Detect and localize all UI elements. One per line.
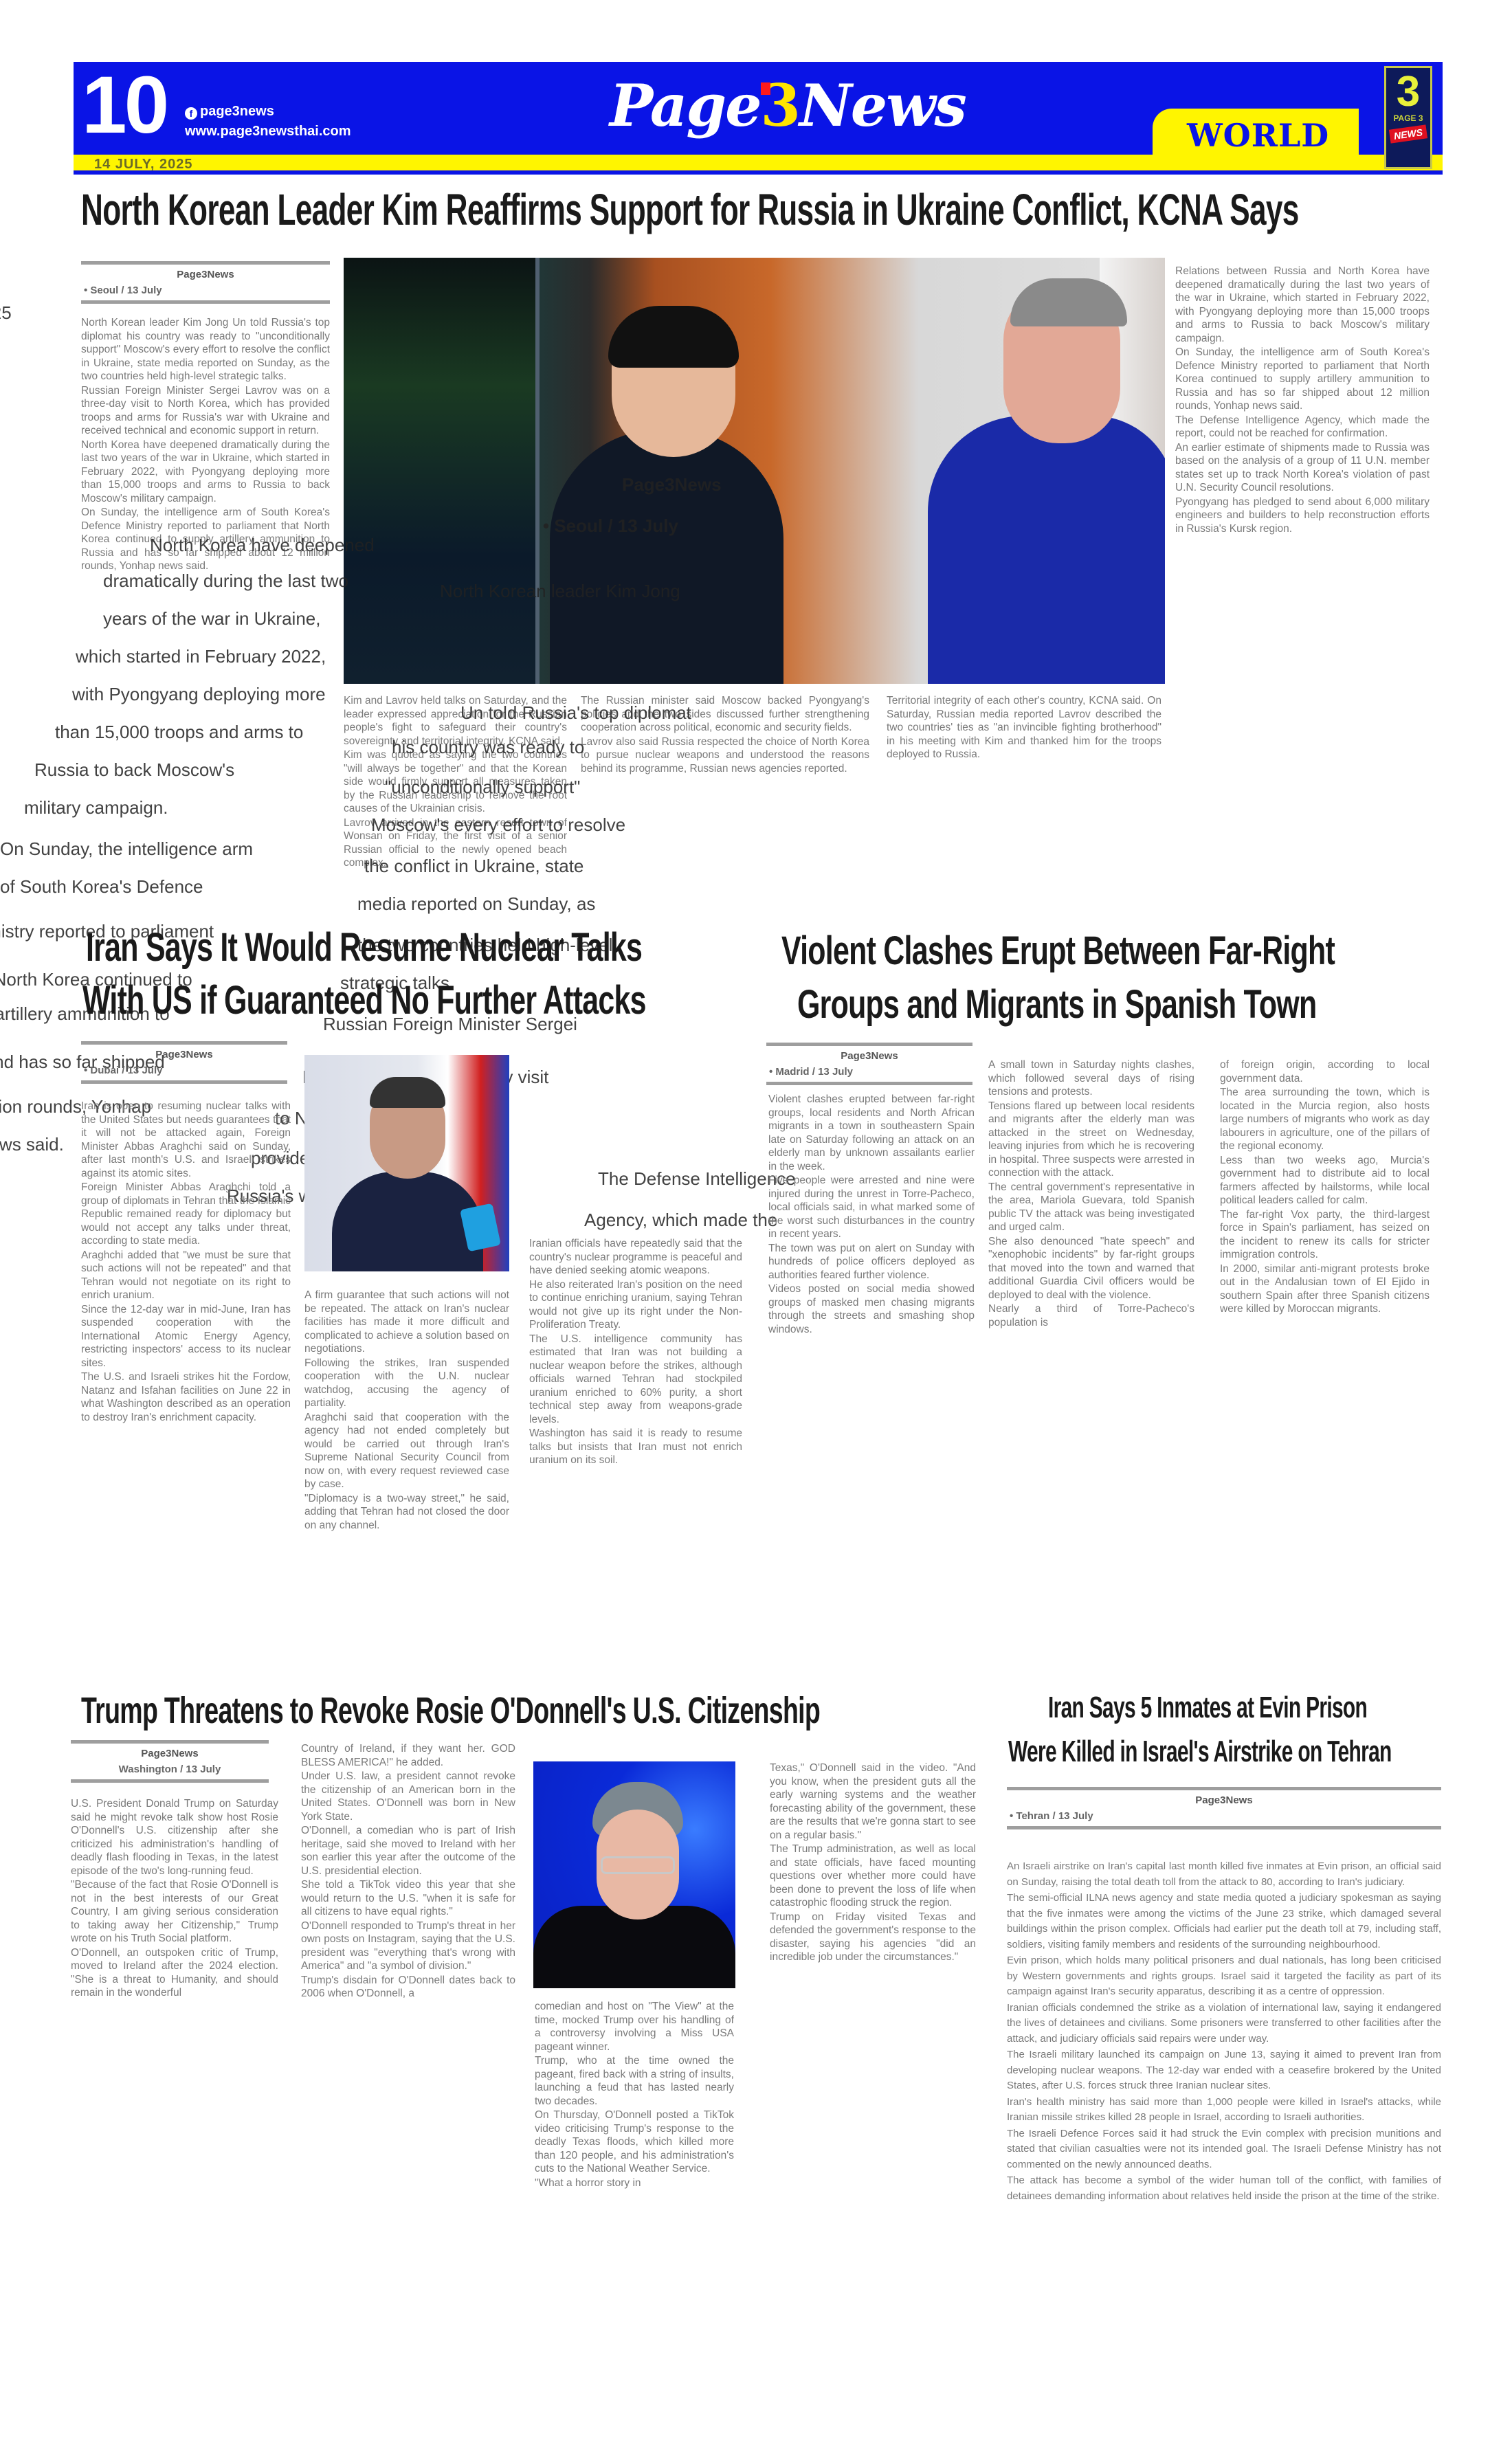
paragraph: Foreign Minister Abbas Araghchi told a g… [81,1181,291,1248]
paragraph: "What a horror story in [535,2177,734,2190]
paragraph: An earlier estimate of shipments made to… [1175,441,1430,495]
rosie-odonnell-photo [533,1761,735,1988]
paragraph: He also reiterated Iran's position on th… [529,1278,742,1332]
spain-headline-line2: Groups and Migrants in Spanish Town [797,981,1316,1027]
photo-figure-kim [550,430,783,684]
photo-figure-lavrov [928,416,1165,684]
paragraph: Evin prison, which holds many political … [1007,1953,1441,2000]
paragraph: In 2000, similar anti-migrant protests b… [1220,1262,1430,1316]
paragraph: Following the strikes, Iran suspended co… [304,1357,509,1410]
byline-source: Page3News [84,1049,285,1060]
facebook-handle: page3news [200,104,274,119]
kim-column-4: Relations between Russia and North Korea… [1175,265,1430,907]
spain-headline-line1: Violent Clashes Erupt Between Far-Right [781,928,1335,974]
paragraph: Violent clashes erupted between far-righ… [768,1093,975,1173]
iran-talks-headline-line1: Iran Says It Would Resume Nuclear Talks [86,924,642,970]
araghchi-photo [304,1055,509,1271]
paragraph: O'Donnell, an outspoken critic of Trump,… [71,1946,278,2000]
paragraph: The Israeli military launched its campai… [1007,2047,1441,2094]
facebook-link[interactable]: fpage3news [185,102,351,122]
trump-headline: Trump Threatens to Revoke Rosie O'Donnel… [81,1689,820,1732]
paragraph: The far-right Vox party, the third-large… [1220,1208,1430,1262]
paragraph: Trump on Friday visited Texas and defend… [770,1911,976,1964]
photo-door [344,258,540,684]
byline-location: • Dubai / 13 July [84,1065,285,1076]
paragraph: The town was put on alert on Sunday with… [768,1242,975,1282]
paragraph: On Sunday, the intelligence arm of South… [1175,346,1430,413]
evin-headline-line1: Iran Says 5 Inmates at Evin Prison [1048,1691,1367,1725]
kim-column-3b: Territorial integrity of each other's co… [887,694,1161,914]
byline-source: Page3News [74,1748,266,1759]
paragraph: The Israeli Defence Forces said it had s… [1007,2126,1441,2173]
paragraph: On Sunday, the intelligence arm of South… [81,506,330,573]
page3-news-badge: 3 PAGE 3 NEWS [1384,66,1432,169]
paragraph: "Diplomacy is a two-way street," he said… [304,1492,509,1533]
paragraph: The U.S. and Israeli strikes hit the For… [81,1370,291,1424]
page-number: 10 [82,65,166,146]
badge-news-label: NEWS [1389,124,1427,143]
paragraph: An Israeli airstrike on Iran's capital l… [1007,1859,1441,1890]
paragraph: She told a TikTok video this year that s… [301,1878,515,1919]
trump-column-4: Texas," O'Donnell said in the video. "An… [770,1761,976,2436]
ghost-overlay-text: 14 JULY, 2025 [0,302,12,324]
logo-number-three: 3 [761,71,799,140]
paragraph: A firm guarantee that such actions will … [304,1289,509,1356]
paragraph: On Thursday, O'Donnell posted a TikTok v… [535,2108,734,2176]
logo-text-news: News [799,71,966,140]
paragraph: Tensions flared up between local residen… [988,1100,1194,1180]
paragraph: Pyongyang has pledged to send about 6,00… [1175,496,1430,536]
paragraph: Territorial integrity of each other's co… [887,694,1161,761]
photo-figure-body [332,1172,483,1271]
ghost-overlay-text: news said. [0,1134,64,1155]
paragraph: The Russian minister said Moscow backed … [581,694,869,735]
badge-page-label: PAGE 3 [1386,113,1430,123]
paragraph: Iranian officials condemned the strike a… [1007,2001,1441,2047]
trump-column-2: Country of Ireland, if they want her. GO… [301,1742,515,2436]
paragraph: O'Donnell responded to Trump's threat in… [301,1920,515,1973]
paragraph: comedian and host on "The View" at the t… [535,2000,734,2054]
paragraph: The attack has become a symbol of the wi… [1007,2173,1441,2204]
paragraph: Videos posted on social media showed gro… [768,1282,975,1336]
byline-source: Page3News [84,269,327,280]
kim-headline: North Korean Leader Kim Reaffirms Suppor… [81,184,1299,235]
paragraph: Texas," O'Donnell said in the video. "An… [770,1761,976,1842]
paragraph: Iranian officials have repeatedly said t… [529,1237,742,1278]
section-label: WORLD [1187,117,1329,154]
masthead: 10 fpage3news www.page3newsthai.com Page… [74,62,1443,172]
paragraph: Under U.S. law, a president cannot revok… [301,1770,515,1823]
badge-number: 3 [1386,71,1430,113]
paragraph: Less than two weeks ago, Murcia's govern… [1220,1154,1430,1208]
paragraph: The semi-official ILNA news agency and s… [1007,1891,1441,1952]
photo-figure-hair [370,1077,445,1108]
byline-source: Page3News [1010,1794,1438,1806]
ghost-overlay-text: Agency, which made the [584,1210,777,1231]
paragraph: Lavrov arrived in the eastern resort tow… [344,816,567,870]
paragraph: North Korea have deepened dramatically d… [81,438,330,506]
paragraph: Araghchi said that cooperation with the … [304,1411,509,1491]
kim-byline: Page3News • Seoul / 13 July [81,261,330,304]
date-strip [74,155,1443,172]
masthead-rule [74,170,1443,175]
website-link[interactable]: www.page3newsthai.com [185,122,351,142]
paragraph: The central government's representative … [988,1181,1194,1234]
paragraph: She also denounced "hate speech" and "xe… [988,1235,1194,1302]
paragraph: Russian Foreign Minister Sergei Lavrov w… [81,384,330,438]
paragraph: The U.S. intelligence community has esti… [529,1333,742,1427]
trump-column-1: U.S. President Donald Trump on Saturday … [71,1797,278,2436]
iran-talks-column-3: Iranian officials have repeatedly said t… [529,1237,742,1663]
paragraph: of foreign origin, according to local go… [1220,1058,1430,1085]
paragraph: Iran is open to resuming nuclear talks w… [81,1100,291,1180]
kim-column-3: The Russian minister said Moscow backed … [581,694,869,914]
iran-talks-byline: Page3News • Dubai / 13 July [81,1041,287,1084]
issue-date: 14 JULY, 2025 [94,157,192,173]
paragraph: O'Donnell, a comedian who is part of Iri… [301,1824,515,1878]
byline-location: • Seoul / 13 July [84,285,327,296]
spain-column-3: of foreign origin, according to local go… [1220,1058,1430,1656]
paragraph: Iran's health ministry has said more tha… [1007,2095,1441,2126]
iran-talks-column-2: A firm guarantee that such actions will … [304,1289,509,1663]
paragraph: Lavrov also said Russia respected the ch… [581,735,869,776]
paragraph: Five people were arrested and nine were … [768,1174,975,1241]
paragraph: Washington has said it is ready to resum… [529,1427,742,1467]
iran-talks-headline-line2: With US if Guaranteed No Further Attacks [82,977,646,1023]
evin-headline-line2: Were Killed in Israel's Airstrike on Teh… [1008,1735,1392,1769]
facebook-icon: f [185,107,197,120]
paragraph: Kim was quoted as saying the two countri… [344,748,567,816]
logo-text-page: Page [610,71,761,140]
kim-column-1: North Korean leader Kim Jong Un told Rus… [81,316,330,921]
ghost-overlay-text: The Defense Intelligence [598,1168,796,1190]
paragraph: The Defense Intelligence Agency, which m… [1175,414,1430,441]
kim-lavrov-photo [344,258,1165,684]
evin-body: An Israeli airstrike on Iran's capital l… [1007,1859,1441,2409]
paragraph: U.S. President Donald Trump on Saturday … [71,1797,278,1878]
paragraph: Since the 12-day war in mid-June, Iran h… [81,1303,291,1370]
paragraph: A small town in Saturday nights clashes,… [988,1058,1194,1099]
paragraph: "Because of the fact that Rosie O'Donnel… [71,1878,278,1946]
spain-column-1: Violent clashes erupted between far-righ… [768,1093,975,1656]
paragraph: Trump's disdain for O'Donnell dates back… [301,1974,515,2001]
evin-byline: Page3News • Tehran / 13 July [1007,1787,1441,1829]
paragraph: Nearly a third of Torre-Pacheco's popula… [988,1302,1194,1329]
paragraph: Country of Ireland, if they want her. GO… [301,1742,515,1769]
byline-location: Washington / 13 July [74,1763,266,1775]
spain-column-2: A small town in Saturday nights clashes,… [988,1058,1194,1656]
newspaper-logo: Page3News [610,71,966,140]
paragraph: Relations between Russia and North Korea… [1175,265,1430,345]
paragraph: The area surrounding the town, which is … [1220,1086,1430,1153]
trump-column-3: comedian and host on "The View" at the t… [535,2000,734,2436]
byline-location: • Tehran / 13 July [1010,1810,1438,1822]
paragraph: Araghchi added that "we must be sure tha… [81,1249,291,1302]
byline-source: Page3News [769,1050,970,1062]
paragraph: Trump, who at the time owned the pageant… [535,2054,734,2108]
social-links: fpage3news www.page3newsthai.com [185,102,351,142]
iran-talks-column-1: Iran is open to resuming nuclear talks w… [81,1100,291,1663]
paragraph: North Korean leader Kim Jong Un told Rus… [81,316,330,383]
trump-byline: Page3News Washington / 13 July [71,1740,269,1783]
paragraph: Kim and Lavrov held talks on Saturday, a… [344,694,567,748]
paragraph: The Trump administration, as well as loc… [770,1843,976,1910]
byline-location: • Madrid / 13 July [769,1066,970,1078]
photo-figure-kim-hair [608,306,739,368]
kim-column-2: Kim and Lavrov held talks on Saturday, a… [344,694,567,914]
glasses-icon [601,1856,675,1874]
spain-byline: Page3News • Madrid / 13 July [766,1043,972,1085]
